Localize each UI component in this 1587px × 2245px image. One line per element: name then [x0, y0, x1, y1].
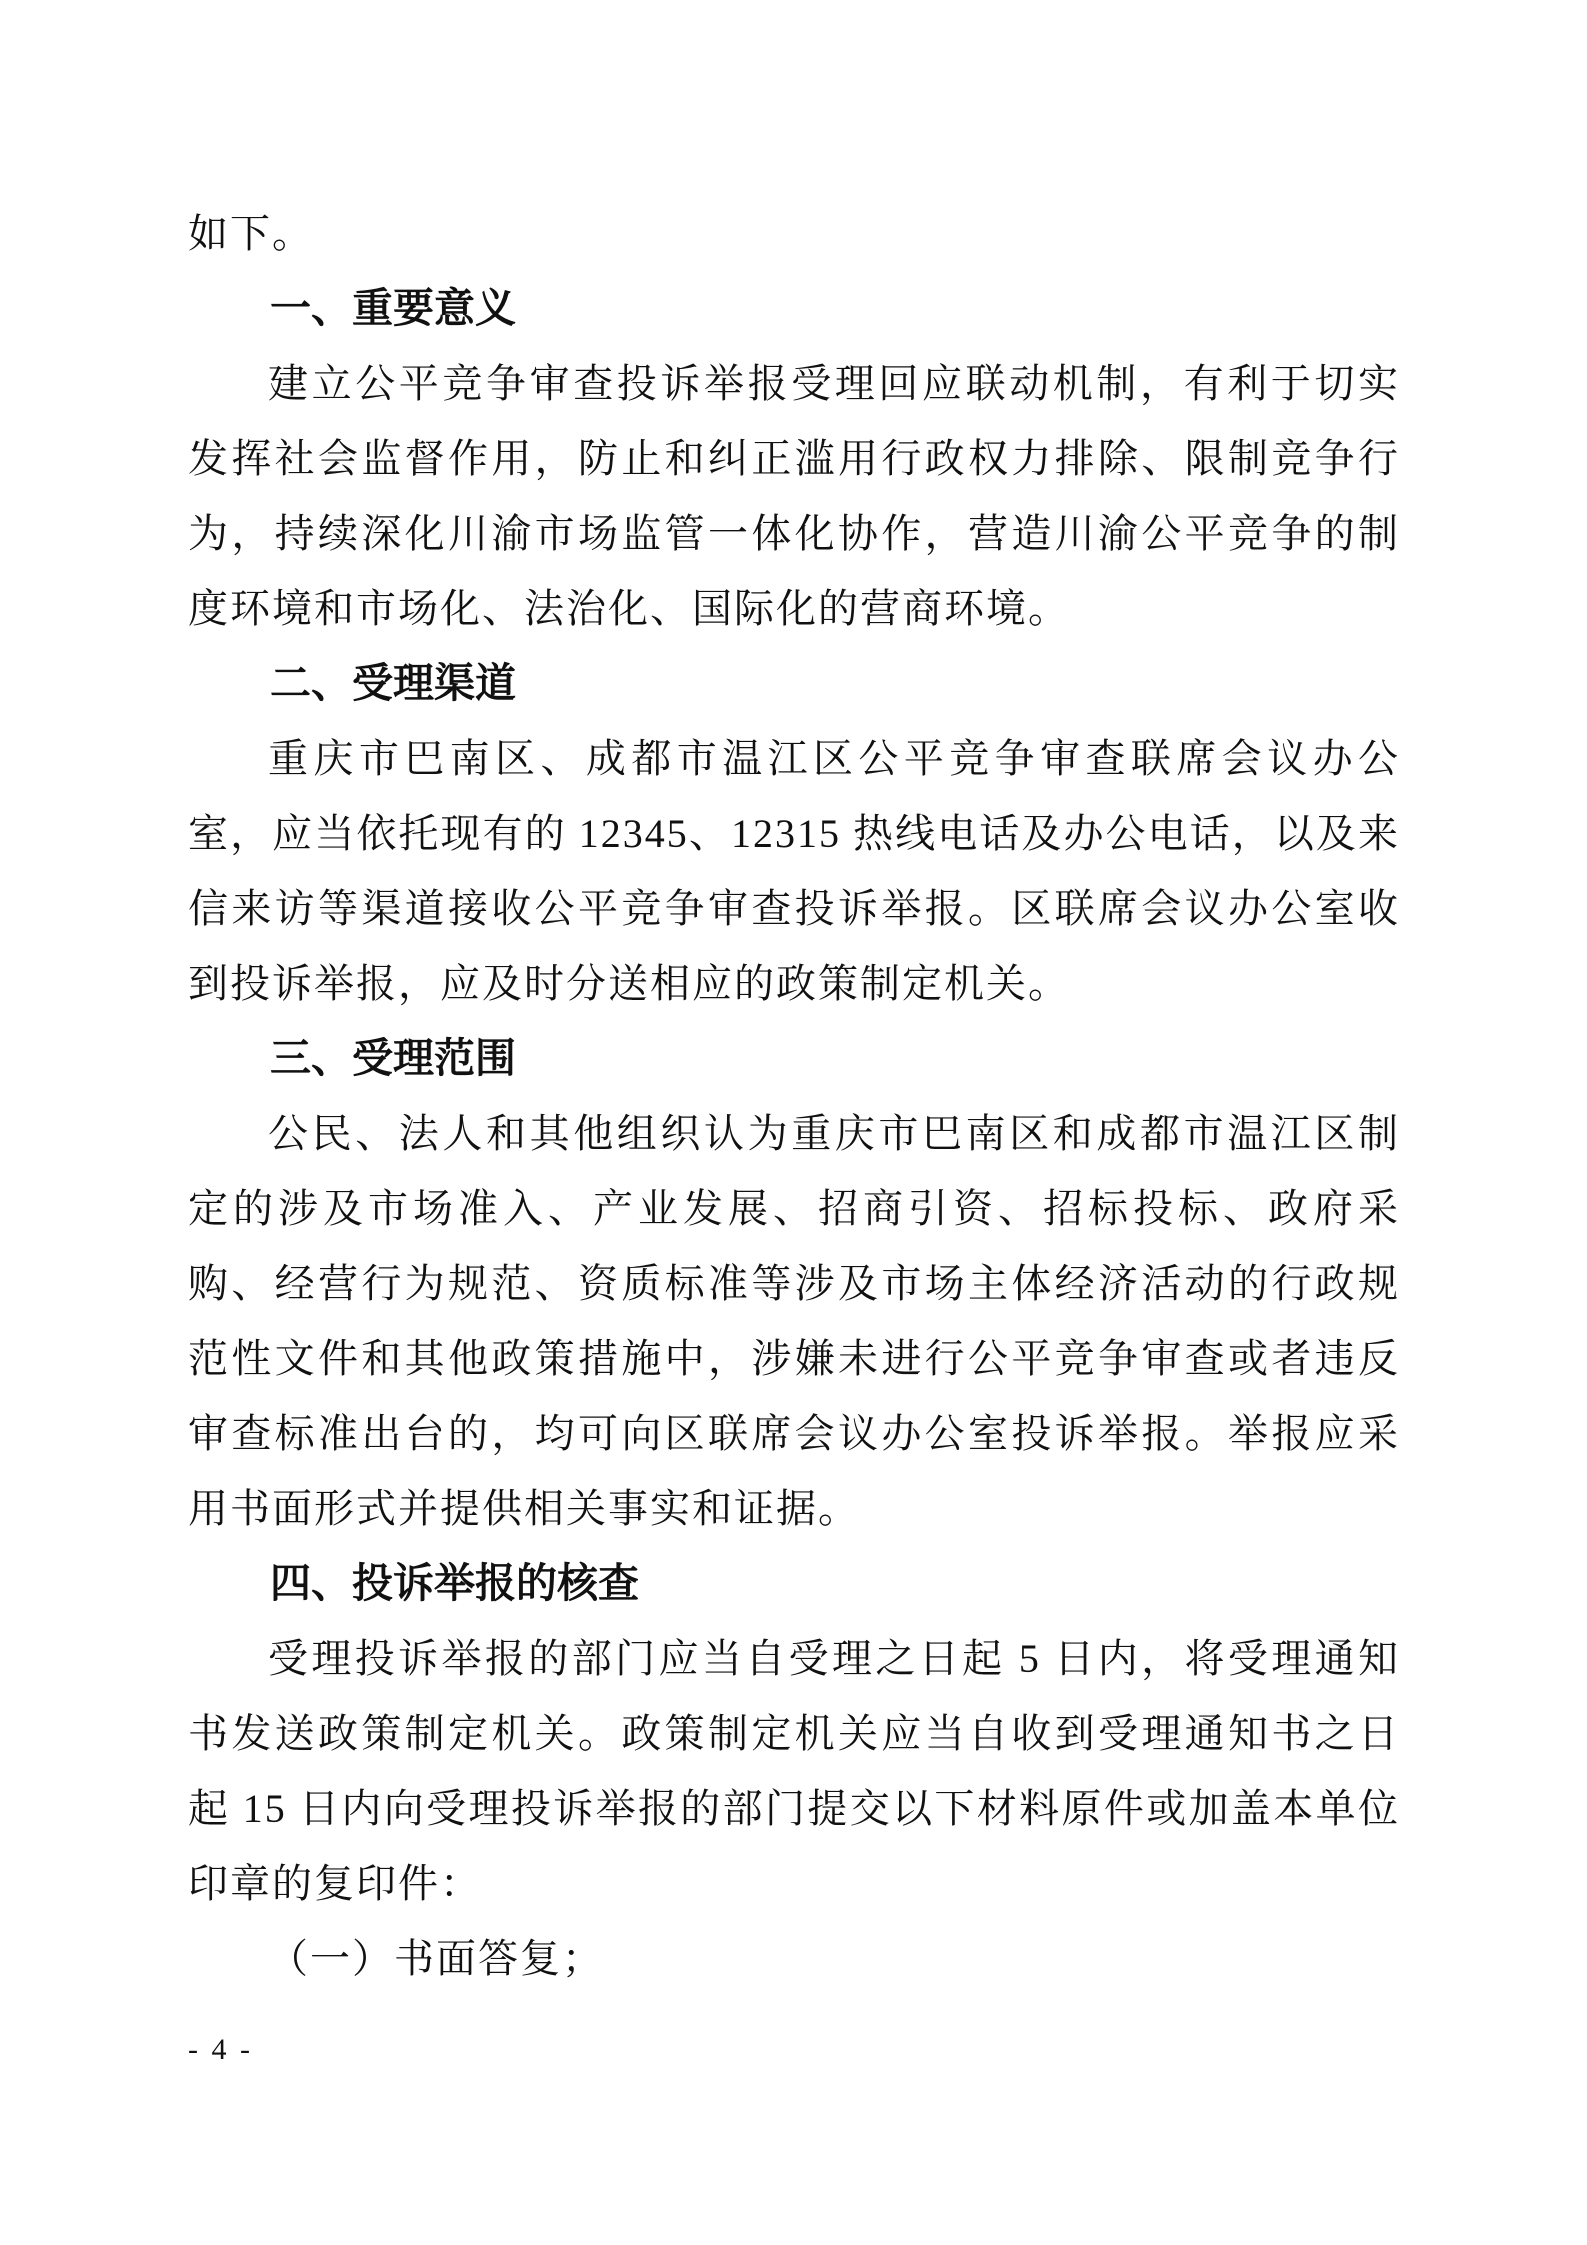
paragraph-importance: 建立公平竞争审查投诉举报受理回应联动机制，有利于切实发挥社会监督作用，防止和纠正…: [188, 346, 1400, 646]
opening-continuation-line: 如下。: [188, 196, 1400, 271]
section-heading-1: 一、重要意义: [188, 271, 1400, 346]
paragraph-verification: 受理投诉举报的部门应当自受理之日起 5 日内，将受理通知书发送政策制定机关。政策…: [188, 1621, 1400, 1921]
paragraph-acceptance-channels: 重庆市巴南区、成都市温江区公平竞争审查联席会议办公室，应当依托现有的 12345…: [188, 721, 1400, 1021]
paragraph-acceptance-scope: 公民、法人和其他组织认为重庆市巴南区和成都市温江区制定的涉及市场准入、产业发展、…: [188, 1096, 1400, 1546]
document-body: 如下。 一、重要意义 建立公平竞争审查投诉举报受理回应联动机制，有利于切实发挥社…: [188, 196, 1400, 1996]
section-heading-2: 二、受理渠道: [188, 646, 1400, 721]
page-number: - 4 -: [188, 2030, 253, 2070]
section-heading-3: 三、受理范围: [188, 1021, 1400, 1096]
list-item-written-reply: （一）书面答复；: [188, 1921, 1400, 1996]
section-heading-4: 四、投诉举报的核查: [188, 1546, 1400, 1621]
document-page: 如下。 一、重要意义 建立公平竞争审查投诉举报受理回应联动机制，有利于切实发挥社…: [0, 0, 1587, 2245]
